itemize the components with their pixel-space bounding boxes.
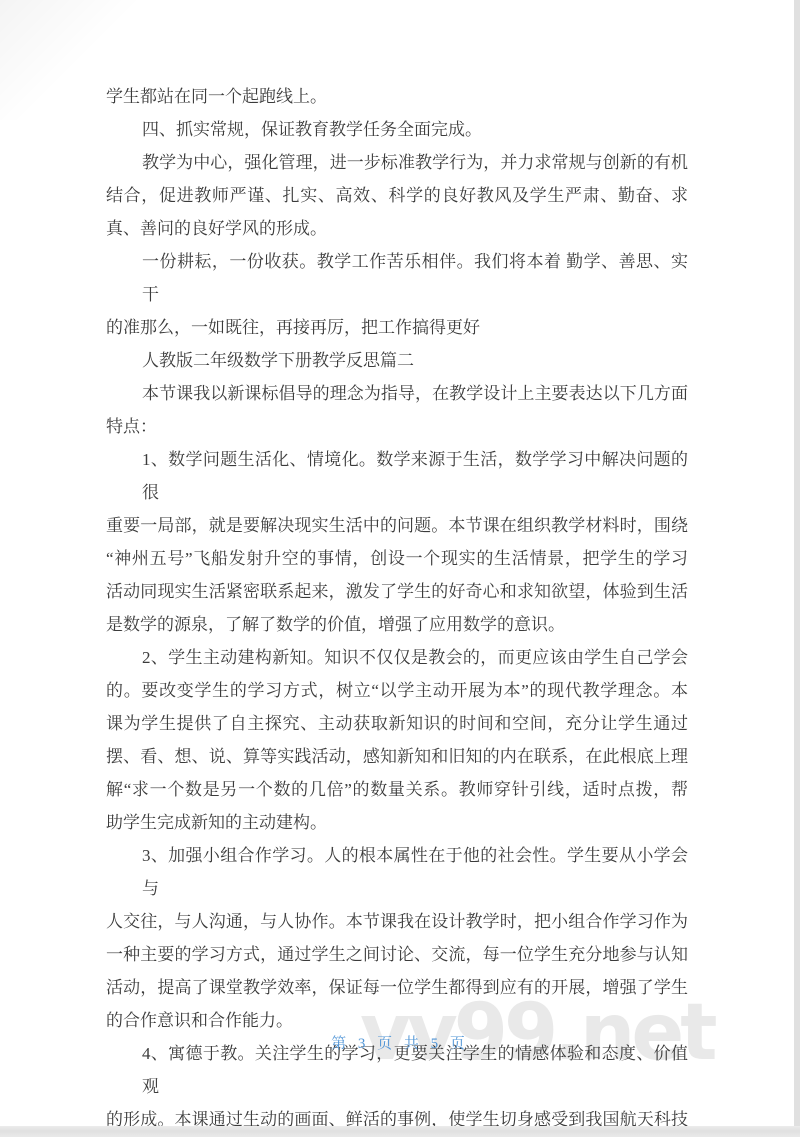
text-line: 一种主要的学习方式，通过学生之间讨论、交流，每一位学生充分地参与认知	[106, 938, 688, 971]
text-line: 人交往，与人沟通，与人协作。本节课我在设计教学时，把小组合作学习作为	[106, 905, 688, 938]
page-number: 第 3 页 共 5 页	[331, 1032, 469, 1053]
text-line: 课为学生提供了自主探究、主动获取新知识的时间和空间，充分让学生通过	[106, 707, 688, 740]
scan-bottom-edge	[0, 1126, 800, 1137]
text-line: 是数学的源泉，了解了数学的价值，增强了应用数学的意识。	[106, 608, 688, 641]
scan-right-edge	[794, 0, 800, 1137]
document-text: 学生都站在同一个起跑线上。四、抓实常规，保证教育教学任务全面完成。教学为中心，强…	[106, 80, 688, 1136]
text-line: 学生都站在同一个起跑线上。	[106, 80, 688, 113]
text-line: 人教版二年级数学下册教学反思篇二	[106, 344, 688, 377]
text-line: 的。要改变学生的学习方式，树立“以学主动开展为本”的现代教学理念。本	[106, 674, 688, 707]
page-footer: 第 3 页 共 5 页	[0, 1032, 800, 1053]
text-line: 2、学生主动建构新知。知识不仅仅是教会的，而更应该由学生自己学会	[106, 641, 688, 674]
text-line: 3、加强小组合作学习。人的根本属性在于他的社会性。学生要从小学会与	[106, 839, 688, 905]
text-line: “神州五号”飞船发射升空的事情，创设一个现实的生活情景，把学生的学习	[106, 542, 688, 575]
text-line: 特点：	[106, 410, 688, 443]
text-line: 一份耕耘，一份收获。教学工作苦乐相伴。我们将本着 勤学、善思、实干	[106, 245, 688, 311]
text-line: 的准那么，一如既往，再接再厉，把工作搞得更好	[106, 311, 688, 344]
text-line: 1、数学问题生活化、情境化。数学来源于生活，数学学习中解决问题的很	[106, 443, 688, 509]
text-line: 摆、看、想、说、算等实践活动，感知新知和旧知的内在联系，在此根底上理	[106, 740, 688, 773]
text-line: 真、善问的良好学风的形成。	[106, 212, 688, 245]
text-line: 教学为中心，强化管理，进一步标准教学行为，并力求常规与创新的有机	[106, 146, 688, 179]
text-line: 活动，提高了课堂教学效率，保证每一位学生都得到应有的开展，增强了学生	[106, 971, 688, 1004]
text-line: 重要一局部，就是要解决现实生活中的问题。本节课在组织教学材料时，围绕	[106, 509, 688, 542]
text-line: 四、抓实常规，保证教育教学任务全面完成。	[106, 113, 688, 146]
text-line: 结合，促进教师严谨、扎实、高效、科学的良好教风及学生严肃、勤奋、求	[106, 179, 688, 212]
text-line: 解“求一个数是另一个数的几倍”的数量关系。教师穿针引线，适时点拨，帮	[106, 773, 688, 806]
document-page: vv99.net 学生都站在同一个起跑线上。四、抓实常规，保证教育教学任务全面完…	[0, 0, 800, 1137]
text-line: 活动同现实生活紧密联系起来，激发了学生的好奇心和求知欲望，体验到生活	[106, 575, 688, 608]
text-line: 本节课我以新课标倡导的理念为指导，在教学设计上主要表达以下几方面	[106, 377, 688, 410]
text-line: 助学生完成新知的主动建构。	[106, 806, 688, 839]
